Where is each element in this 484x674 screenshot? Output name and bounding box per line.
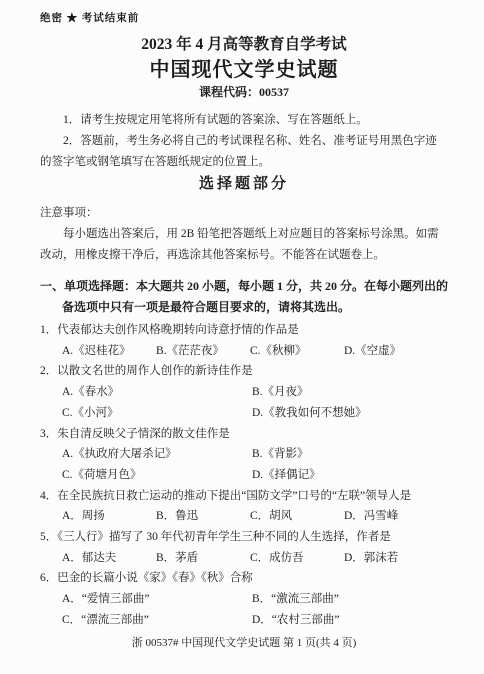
question-1-option-d: D.《空虚》: [344, 341, 448, 362]
question-1-option-b: B.《茫茫夜》: [156, 341, 250, 362]
question-3-options: A.《执政府大屠杀记》 B.《背影》 C.《荷塘月色》 D.《择偶记》: [62, 444, 448, 485]
exam-session-title: 2023 年 4 月高等教育自学考试: [40, 34, 448, 56]
instruction-item-1: 1．请考生按规定用笔将所有试题的答案涂、写在答题纸上。: [40, 110, 448, 131]
question-5-option-c: C．成仿吾: [250, 548, 344, 569]
question-5-stem: 5．《三人行》描写了 30 年代初青年学生三种不同的人生选择，作者是: [40, 527, 448, 548]
question-6-options: A．“爱情三部曲” B．“激流三部曲” C．“漂流三部曲” D．“农村三部曲”: [62, 589, 448, 630]
notes-title: 注意事项：: [40, 203, 448, 224]
question-3-option-d: D.《择偶记》: [252, 465, 448, 486]
question-2-options: A.《春水》 B.《月夜》 C.《小河》 D.《教我如何不想她》: [62, 382, 448, 423]
question-4-stem: 4．在全民族抗日救亡运动的推动下提出“国防文学”口号的“左联”领导人是: [40, 486, 448, 507]
question-6-stem: 6．巴金的长篇小说《家》《春》《秋》合称: [40, 568, 448, 589]
question-1-option-c: C.《秋柳》: [250, 341, 344, 362]
question-4-option-d: D．冯雪峰: [344, 506, 448, 527]
exam-paper-page: 绝密 ★ 考试结束前 2023 年 4 月高等教育自学考试 中国现代文学史试题 …: [0, 0, 484, 674]
question-2-option-b: B.《月夜》: [252, 382, 448, 403]
security-classification-label: 绝密 ★ 考试结束前: [40, 12, 448, 26]
question-6: 6．巴金的长篇小说《家》《春》《秋》合称 A．“爱情三部曲” B．“激流三部曲”…: [40, 568, 448, 630]
question-4-option-b: B．鲁迅: [156, 506, 250, 527]
question-5-options: A．郁达夫 B．茅盾 C．成仿吾 D．郭沫若: [62, 548, 448, 569]
question-5-option-d: D．郭沫若: [344, 548, 448, 569]
part-one-heading: 一、单项选择题：本大题共 20 小题，每小题 1 分，共 20 分。在每小题列出…: [40, 276, 448, 318]
question-2-stem: 2．以散文名世的周作人创作的新诗佳作是: [40, 361, 448, 382]
question-5-option-a: A．郁达夫: [62, 548, 156, 569]
general-instructions: 1．请考生按规定用笔将所有试题的答案涂、写在答题纸上。 2．答题前，考生务必将自…: [40, 110, 448, 173]
question-5-option-b: B．茅盾: [156, 548, 250, 569]
question-6-option-b: B．“激流三部曲”: [252, 589, 448, 610]
section-title: 选择题部分: [40, 173, 448, 195]
course-code: 课程代码：00537: [40, 84, 448, 100]
question-2-option-d: D.《教我如何不想她》: [252, 403, 448, 424]
question-5: 5．《三人行》描写了 30 年代初青年学生三种不同的人生选择，作者是 A．郁达夫…: [40, 527, 448, 568]
notes-body: 每小题选出答案后，用 2B 铅笔把答题纸上对应题目的答案标号涂黑。如需改动，用橡…: [40, 224, 448, 266]
question-1-options: A.《迟桂花》 B.《茫茫夜》 C.《秋柳》 D.《空虚》: [62, 341, 448, 362]
question-3-option-a: A.《执政府大屠杀记》: [62, 444, 252, 465]
question-4: 4．在全民族抗日救亡运动的推动下提出“国防文学”口号的“左联”领导人是 A．周扬…: [40, 486, 448, 527]
question-6-option-a: A．“爱情三部曲”: [62, 589, 252, 610]
question-3-option-b: B.《背影》: [252, 444, 448, 465]
question-2: 2．以散文名世的周作人创作的新诗佳作是 A.《春水》 B.《月夜》 C.《小河》…: [40, 361, 448, 423]
question-1-option-a: A.《迟桂花》: [62, 341, 156, 362]
question-1: 1．代表郁达夫创作风格晚期转向诗意抒情的作品是 A.《迟桂花》 B.《茫茫夜》 …: [40, 320, 448, 361]
question-3-option-c: C.《荷塘月色》: [62, 465, 252, 486]
page-footer: 浙 00537# 中国现代文学史试题 第 1 页(共 4 页): [40, 636, 448, 650]
question-4-option-c: C．胡风: [250, 506, 344, 527]
instruction-item-2: 2．答题前，考生务必将自己的考试课程名称、姓名、准考证号用黑色字迹的签字笔或钢笔…: [40, 131, 448, 173]
question-6-option-d: D．“农村三部曲”: [252, 610, 448, 631]
question-3-stem: 3．朱自清反映父子情深的散文佳作是: [40, 424, 448, 445]
question-4-option-a: A．周扬: [62, 506, 156, 527]
question-1-stem: 1．代表郁达夫创作风格晚期转向诗意抒情的作品是: [40, 320, 448, 341]
question-6-option-c: C．“漂流三部曲”: [62, 610, 252, 631]
question-4-options: A．周扬 B．鲁迅 C．胡风 D．冯雪峰: [62, 506, 448, 527]
question-2-option-a: A.《春水》: [62, 382, 252, 403]
exam-subject-title: 中国现代文学史试题: [40, 56, 448, 84]
question-3: 3．朱自清反映父子情深的散文佳作是 A.《执政府大屠杀记》 B.《背影》 C.《…: [40, 424, 448, 486]
question-list: 1．代表郁达夫创作风格晚期转向诗意抒情的作品是 A.《迟桂花》 B.《茫茫夜》 …: [40, 320, 448, 631]
question-2-option-c: C.《小河》: [62, 403, 252, 424]
